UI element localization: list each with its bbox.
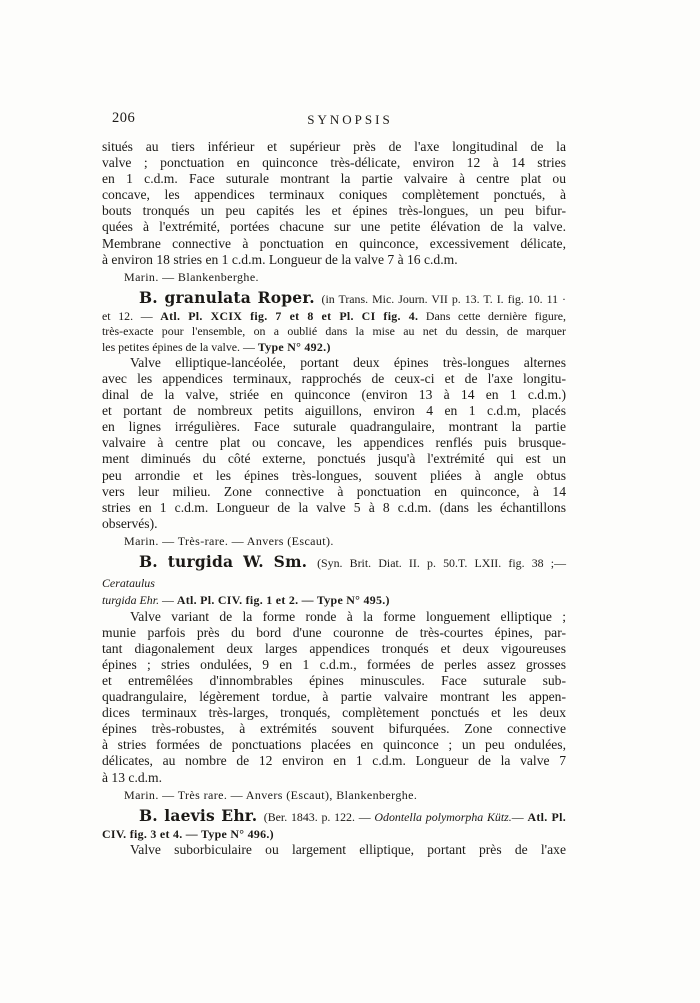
text-segment: à environ 18 stries en 1 c.d.m. Longueur…	[102, 252, 458, 267]
text-line: CIV. fig. 3 et 4. — Type N° 496.)	[102, 827, 566, 842]
text-segment: et portant de nombreux petits aiguillons…	[102, 403, 566, 418]
text-line: et entremêlées d'innombrables épines min…	[102, 673, 566, 689]
text-line: Membrane connective à ponctuation en qui…	[102, 236, 566, 252]
text-line: à 13 c.d.m.	[102, 770, 566, 786]
text-segment: observés).	[102, 516, 158, 531]
text-segment: à stries formées de ponctuations placées…	[102, 737, 566, 752]
text-segment: Valve variant de la forme ronde à la for…	[130, 609, 566, 624]
text-line: et portant de nombreux petits aiguillons…	[102, 403, 566, 419]
text-line: épines très-robustes, à extrémités souve…	[102, 721, 566, 737]
text-segment: Marin. — Très rare. — Anvers (Escaut), B…	[124, 788, 417, 802]
text-line: quadrangulaire, légèrement tordue, à par…	[102, 689, 566, 705]
citation-text: Atl. Pl.	[527, 810, 566, 824]
text-segment: peu arrondie et les épines très-longues,…	[102, 468, 566, 483]
citation-text: très-exacte pour l'ensemble, on a oublié…	[102, 324, 566, 338]
text-line: turgida Ehr. — Atl. Pl. CIV. fig. 1 et 2…	[102, 593, 566, 608]
citation-text: (Ber. 1843. p. 122. —	[264, 810, 375, 824]
text-segment: avec les appendices terminaux, rapproché…	[102, 371, 566, 386]
text-line: situés au tiers inférieur et supérieur p…	[102, 139, 566, 155]
species-entry-heading: B. laevis Ehr. (Ber. 1843. p. 122. — Odo…	[102, 806, 566, 842]
text-line: épines ; stries ondulées, 9 en 1 c.d.m.,…	[102, 657, 566, 673]
page-body: situés au tiers inférieur et supérieur p…	[102, 139, 566, 858]
body-paragraph: Valve elliptique-lancéolée, portant deux…	[102, 355, 566, 532]
text-segment: situés au tiers inférieur et supérieur p…	[102, 139, 566, 154]
text-line: à environ 18 stries en 1 c.d.m. Longueur…	[102, 252, 566, 268]
text-line: Valve suborbiculaire ou largement ellipt…	[102, 842, 566, 858]
citation-text: —	[512, 810, 528, 824]
text-line: très-exacte pour l'ensemble, on a oublié…	[102, 324, 566, 339]
running-header-title: SYNOPSIS	[0, 112, 700, 128]
text-line: dinal de la valve, striée en quinconce (…	[102, 387, 566, 403]
text-line: Marin. — Très rare. — Anvers (Escaut), B…	[102, 788, 566, 803]
text-segment: valve ; ponctuation en quinconce très-dé…	[102, 155, 566, 170]
citation-text: Type N° 492.)	[258, 340, 331, 354]
body-paragraph: situés au tiers inférieur et supérieur p…	[102, 139, 566, 268]
text-line: délicates, au nombre de 12 environ en 1 …	[102, 753, 566, 769]
text-line: en 1 c.d.m. Face suturale montrant la pa…	[102, 171, 566, 187]
text-line: à stries formées de ponctuations placées…	[102, 737, 566, 753]
habitat-note: Marin. — Blankenberghe.	[102, 270, 566, 285]
text-line: B. granulata Roper. (in Trans. Mic. Jour…	[102, 288, 566, 309]
text-line: dices terminaux très-larges, tronqués, c…	[102, 705, 566, 721]
species-name: B. turgida W. Sm.	[139, 552, 317, 571]
text-segment: délicates, au nombre de 12 environ en 1 …	[102, 753, 566, 768]
text-segment: et entremêlées d'innombrables épines min…	[102, 673, 566, 688]
text-segment: Marin. — Blankenberghe.	[124, 270, 259, 284]
text-line: quées à l'extrémité, portées chacune sur…	[102, 219, 566, 235]
text-line: concave, les appendices terminaux coniqu…	[102, 187, 566, 203]
citation-text: Cerataulus	[102, 576, 155, 590]
citation-text: et 12. —	[102, 309, 160, 323]
citation-text: les petites épines de la valve. —	[102, 340, 258, 354]
text-line: vers leur milieu. Zone connective à ponc…	[102, 484, 566, 500]
text-line: observés).	[102, 516, 566, 532]
text-line: munie parfois près du bord d'une couronn…	[102, 625, 566, 641]
species-entry-heading: B. turgida W. Sm. (Syn. Brit. Diat. II. …	[102, 552, 566, 608]
text-segment: valvaire à centre plat ou concave, les a…	[102, 435, 566, 450]
text-segment: Membrane connective à ponctuation en qui…	[102, 236, 566, 251]
text-segment: bouts tronqués un peu capités les et épi…	[102, 203, 566, 218]
text-line: les petites épines de la valve. — Type N…	[102, 340, 566, 355]
text-line: avec les appendices terminaux, rapproché…	[102, 371, 566, 387]
text-segment: munie parfois près du bord d'une couronn…	[102, 625, 566, 640]
text-segment: dices terminaux très-larges, tronqués, c…	[102, 705, 566, 720]
text-line: B. turgida W. Sm. (Syn. Brit. Diat. II. …	[102, 552, 566, 593]
text-segment: tant diagonalement deux larges appendice…	[102, 641, 566, 656]
habitat-note: Marin. — Très-rare. — Anvers (Escaut).	[102, 534, 566, 549]
species-name: B. laevis Ehr.	[139, 806, 264, 825]
text-line: ment diminués du côté externe, ponctués …	[102, 451, 566, 467]
text-segment: vers leur milieu. Zone connective à ponc…	[102, 484, 566, 499]
citation-text: Atl. Pl. XCIX fig. 7 et 8 et Pl. CI fig.…	[160, 309, 418, 323]
text-line: peu arrondie et les épines très-longues,…	[102, 468, 566, 484]
text-segment: concave, les appendices terminaux coniqu…	[102, 187, 566, 202]
body-paragraph: Valve variant de la forme ronde à la for…	[102, 609, 566, 786]
citation-text: Atl. Pl. CIV. fig. 1 et 2. — Type N° 495…	[177, 593, 390, 607]
text-line: tant diagonalement deux larges appendice…	[102, 641, 566, 657]
citation-text: Dans cette dernière figure,	[418, 309, 566, 323]
text-segment: quadrangulaire, légèrement tordue, à par…	[102, 689, 566, 704]
text-segment: épines ; stries ondulées, 9 en 1 c.d.m.,…	[102, 657, 566, 672]
text-line: B. laevis Ehr. (Ber. 1843. p. 122. — Odo…	[102, 806, 566, 827]
text-segment: en lignes irrégulières. Face suturale qu…	[102, 419, 566, 434]
species-name: B. granulata Roper.	[139, 288, 322, 307]
text-segment: Valve suborbiculaire ou largement ellipt…	[130, 842, 566, 857]
habitat-note: Marin. — Très rare. — Anvers (Escaut), B…	[102, 788, 566, 803]
text-segment: Valve elliptique-lancéolée, portant deux…	[130, 355, 566, 370]
text-line: valve ; ponctuation en quinconce très-dé…	[102, 155, 566, 171]
text-segment: en 1 c.d.m. Face suturale montrant la pa…	[102, 171, 566, 186]
citation-text: (Syn. Brit. Diat. II. p. 50.T. LXII. fig…	[317, 556, 566, 570]
citation-text: CIV. fig. 3 et 4. — Type N° 496.)	[102, 827, 274, 841]
species-entry-heading: B. granulata Roper. (in Trans. Mic. Jour…	[102, 288, 566, 355]
text-segment: dinal de la valve, striée en quinconce (…	[102, 387, 566, 402]
body-paragraph: Valve suborbiculaire ou largement ellipt…	[102, 842, 566, 858]
text-segment: quées à l'extrémité, portées chacune sur…	[102, 219, 566, 234]
text-segment: à 13 c.d.m.	[102, 770, 162, 785]
text-line: Valve variant de la forme ronde à la for…	[102, 609, 566, 625]
text-segment: épines très-robustes, à extrémités souve…	[102, 721, 566, 736]
citation-text: —	[159, 593, 177, 607]
text-line: Marin. — Très-rare. — Anvers (Escaut).	[102, 534, 566, 549]
text-segment: Marin. — Très-rare. — Anvers (Escaut).	[124, 534, 334, 548]
citation-text: (in Trans. Mic. Journ. VII p. 13. T. I. …	[322, 292, 567, 306]
text-line: Valve elliptique-lancéolée, portant deux…	[102, 355, 566, 371]
citation-text: Odontella polymorpha Kütz.	[374, 810, 511, 824]
citation-text: turgida Ehr.	[102, 593, 159, 607]
book-page: 206 SYNOPSIS situés au tiers inférieur e…	[0, 0, 700, 1003]
text-line: et 12. — Atl. Pl. XCIX fig. 7 et 8 et Pl…	[102, 309, 566, 324]
text-line: stries en 1 c.d.m. Longueur de la valve …	[102, 500, 566, 516]
text-line: Marin. — Blankenberghe.	[102, 270, 566, 285]
text-line: bouts tronqués un peu capités les et épi…	[102, 203, 566, 219]
text-line: en lignes irrégulières. Face suturale qu…	[102, 419, 566, 435]
text-line: valvaire à centre plat ou concave, les a…	[102, 435, 566, 451]
text-segment: ment diminués du côté externe, ponctués …	[102, 451, 566, 466]
text-segment: stries en 1 c.d.m. Longueur de la valve …	[102, 500, 566, 515]
